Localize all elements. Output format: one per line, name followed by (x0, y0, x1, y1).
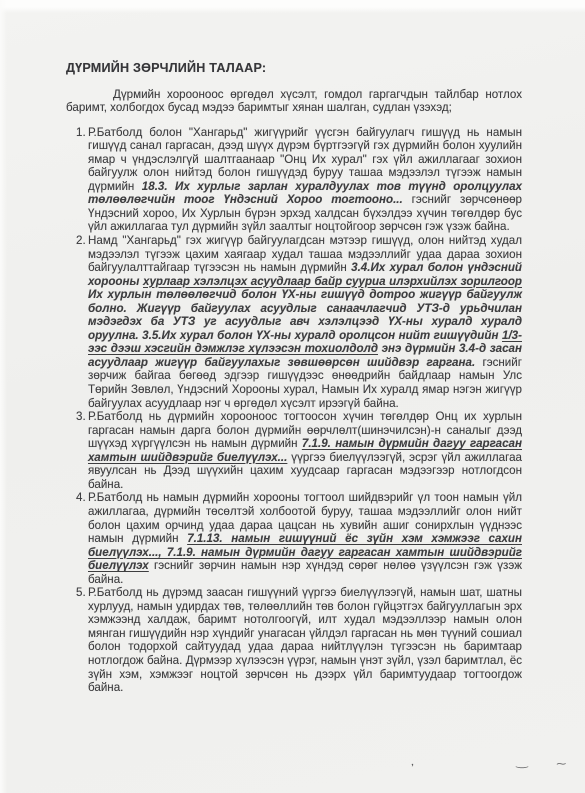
pen-mark: ∼ (555, 760, 567, 770)
list-item-number: 2. (66, 234, 88, 248)
pen-mark: ‿ (516, 759, 527, 769)
intro-paragraph: Дүрмийн хорооноос өргөдөл хүсэлт, гомдол… (66, 88, 522, 115)
list-item-text: Р.Батболд болон "Хангарьд" жигүүрийг үүс… (88, 126, 522, 234)
document-content: ДҮРМИЙН ЗӨРЧЛИЙН ТАЛААР: Дүрмийн хорооно… (66, 62, 522, 695)
document-title: ДҮРМИЙН ЗӨРЧЛИЙН ТАЛААР: (66, 62, 522, 76)
list-item-number: 1. (66, 126, 88, 140)
list-item-text: Р.Батболд нь намын дүрмийн хорооны тогто… (88, 491, 522, 586)
list-item: 3.Р.Батболд нь дүрмийн хорооноос тогтоос… (66, 410, 522, 491)
list-item-text: Намд "Хангарьд" гэх жигүүр байгуулагдсан… (88, 234, 522, 410)
list-item: 1.Р.Батболд болон "Хангарьд" жигүүрийг ү… (66, 126, 522, 234)
list-item-number: 5. (66, 586, 88, 600)
rule-quote-segment: Их хурлын төлөөлөгчид болон ҮХ-ны гишүүд… (88, 288, 522, 342)
list-item: 4.Р.Батболд нь намын дүрмийн хорооны тог… (66, 491, 522, 586)
list-item: 2.Намд "Хангарьд" гэх жигүүр байгуулагдс… (66, 234, 522, 410)
list-item-text: Р.Батболд нь дүрэмд заасан гишүүний үүрг… (88, 586, 522, 694)
text-segment: Р.Батболд нь дүрэмд заасан гишүүний үүрг… (88, 586, 522, 694)
pen-mark: , (410, 758, 414, 768)
text-segment: гэснийг зөрчин намын нэр хүндэд сөрөг нө… (88, 559, 522, 586)
findings-list: 1.Р.Батболд болон "Хангарьд" жигүүрийг ү… (66, 126, 522, 695)
list-item: 5.Р.Батболд нь дүрэмд заасан гишүүний үү… (66, 586, 522, 694)
list-item-number: 3. (66, 410, 88, 424)
list-item-text: Р.Батболд нь дүрмийн хорооноос тогтоосон… (88, 410, 522, 491)
rule-quote-segment: хурлаар хэлэлцэх асуудлаар байр сууриа и… (143, 275, 522, 288)
list-item-number: 4. (66, 491, 88, 505)
scanned-document-page: ДҮРМИЙН ЗӨРЧЛИЙН ТАЛААР: Дүрмийн хорооно… (0, 0, 585, 793)
